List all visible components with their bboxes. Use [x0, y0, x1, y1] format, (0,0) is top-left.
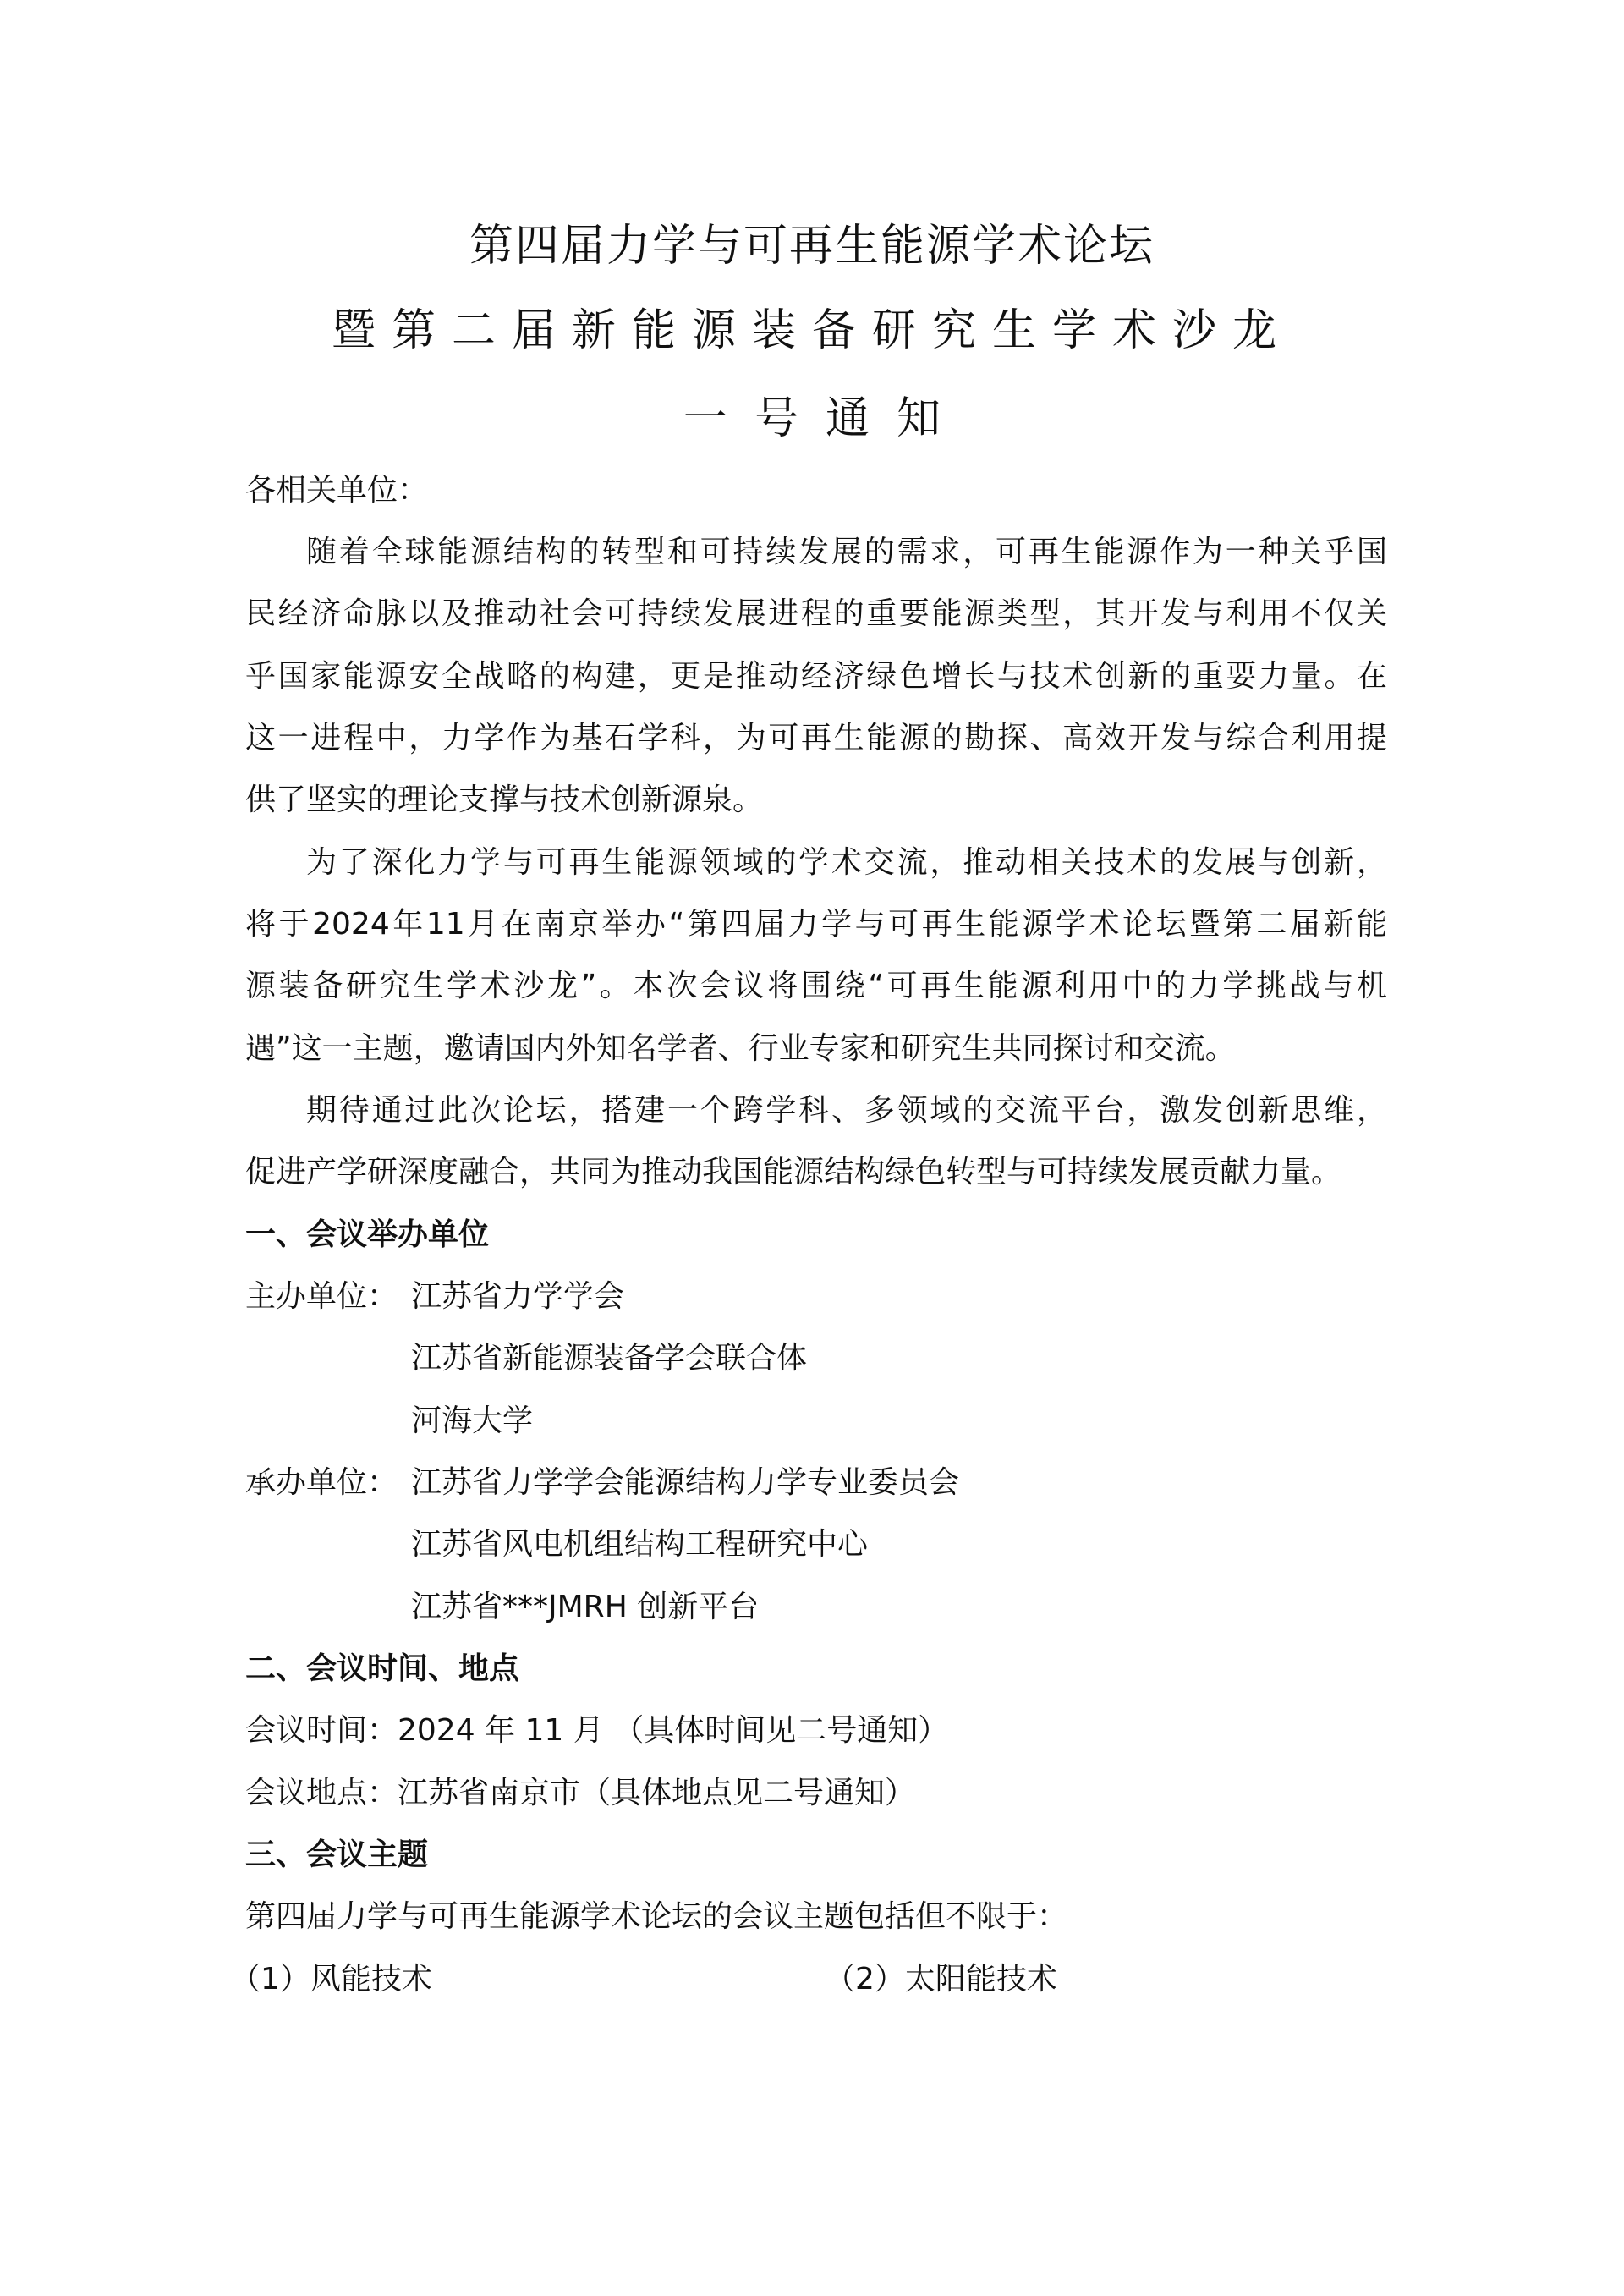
meeting-time-value: 2024 年 11 月 （具体时间见二号通知） [398, 1714, 948, 1748]
host-item-1: 江苏省力学学会 [411, 1280, 624, 1314]
intro-para2-line1: 为了深化力学与可再生能源领域的学术交流，推动相关技术的发展与创新， [306, 846, 1387, 880]
section2-heading: 二、会议时间、地点 [245, 1652, 519, 1686]
organizer-label: 承办单位： [245, 1466, 398, 1500]
host-item-3: 河海大学 [411, 1404, 533, 1438]
intro-para1-line2: 民经济命脉以及推动社会可持续发展进程的重要能源类型，其开发与利用不仅关 [245, 597, 1387, 631]
notice-page: 第四届力学与可再生能源学术论坛 暨第二届新能源装备研究生学术沙龙 一号通知 各相… [0, 0, 1624, 2296]
intro-para1-line3: 乎国家能源安全战略的构建，更是推动经济绿色增长与技术创新的重要力量。在 [245, 660, 1387, 694]
document-title-line3: 一号通知 [0, 382, 1624, 446]
meeting-place-value: 江苏省南京市（具体地点见二号通知） [398, 1777, 915, 1810]
meeting-place-label: 会议地点： [245, 1777, 398, 1810]
topic-item-2: （2）太阳能技术 [825, 1963, 1057, 1997]
intro-para2-line3: 源装备研究生学术沙龙”。本次会议将围绕“可再生能源利用中的力学挑战与机 [245, 969, 1387, 1003]
meeting-time-label: 会议时间： [245, 1714, 398, 1748]
intro-para2-line4: 遇”这一主题，邀请国内外知名学者、行业专家和研究生共同探讨和交流。 [245, 1032, 1236, 1066]
intro-para1-line4: 这一进程中，力学作为基石学科，为可再生能源的勘探、高效开发与综合利用提 [245, 722, 1387, 755]
topics-intro: 第四届力学与可再生能源学术论坛的会议主题包括但不限于： [245, 1900, 1067, 1934]
document-title-line1: 第四届力学与可再生能源学术论坛 [0, 210, 1624, 273]
section1-heading: 一、会议举办单位 [245, 1218, 489, 1252]
organizer-item-3: 江苏省***JMRH 创新平台 [411, 1590, 759, 1624]
intro-para1-line5: 供了坚实的理论支撑与技术创新源泉。 [245, 783, 763, 817]
topic-item-1: （1）风能技术 [230, 1963, 432, 1997]
host-item-2: 江苏省新能源装备学会联合体 [411, 1342, 807, 1376]
section3-heading: 三、会议主题 [245, 1838, 428, 1872]
document-title-line2: 暨第二届新能源装备研究生学术沙龙 [0, 294, 1624, 358]
intro-para2-line2: 将于2024年11月在南京举办“第四届力学与可再生能源学术论坛暨第二届新能 [245, 908, 1387, 942]
intro-para3-line1: 期待通过此次论坛，搭建一个跨学科、多领域的交流平台，激发创新思维， [306, 1094, 1387, 1128]
intro-para1-line1: 随着全球能源结构的转型和可持续发展的需求，可再生能源作为一种关乎国 [306, 536, 1387, 569]
organizer-item-1: 江苏省力学学会能源结构力学专业委员会 [411, 1466, 959, 1500]
host-label: 主办单位： [245, 1280, 398, 1314]
intro-para3-line2: 促进产学研深度融合，共同为推动我国能源结构绿色转型与可持续发展贡献力量。 [245, 1156, 1341, 1189]
salutation: 各相关单位： [245, 474, 428, 508]
organizer-item-2: 江苏省风电机组结构工程研究中心 [411, 1528, 868, 1562]
